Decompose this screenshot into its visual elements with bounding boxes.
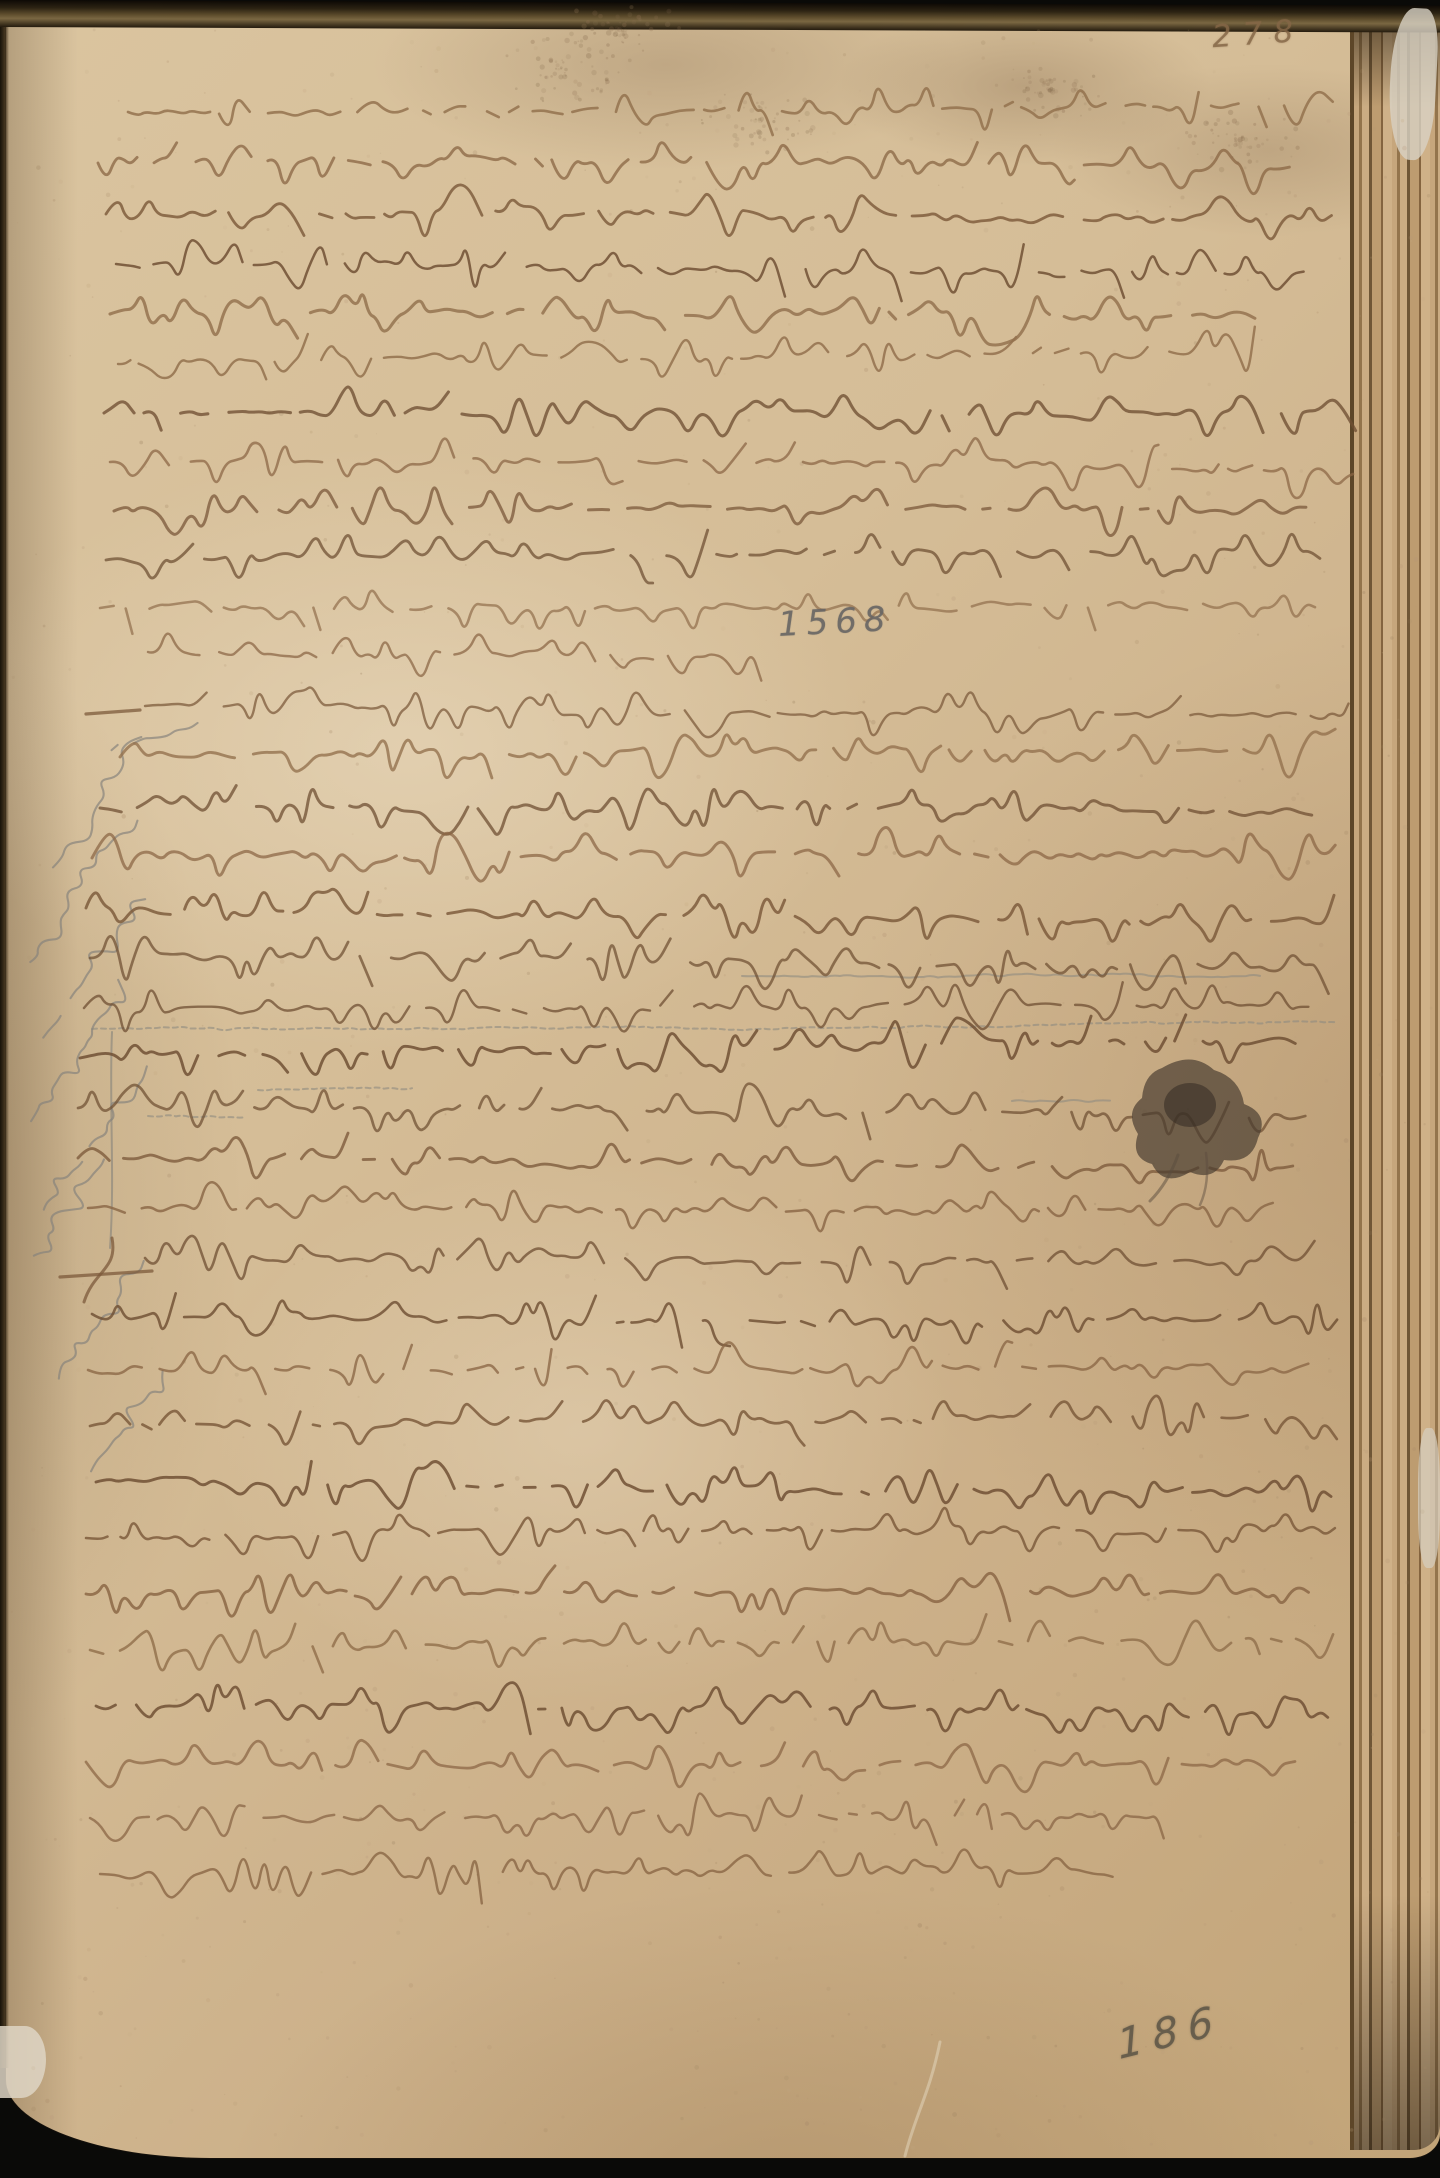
- ink-handwriting-lines: [78, 88, 1356, 1903]
- manuscript-scan: 278 1568 186: [0, 0, 1440, 2178]
- pencil-year-annotation: 1568: [777, 599, 893, 645]
- ink-blot: [1132, 1059, 1262, 1205]
- page-number: 278: [1211, 13, 1305, 55]
- paper-crack: [905, 2042, 940, 2156]
- margin-marks: [60, 710, 152, 1302]
- handwriting-canvas: [0, 0, 1440, 2178]
